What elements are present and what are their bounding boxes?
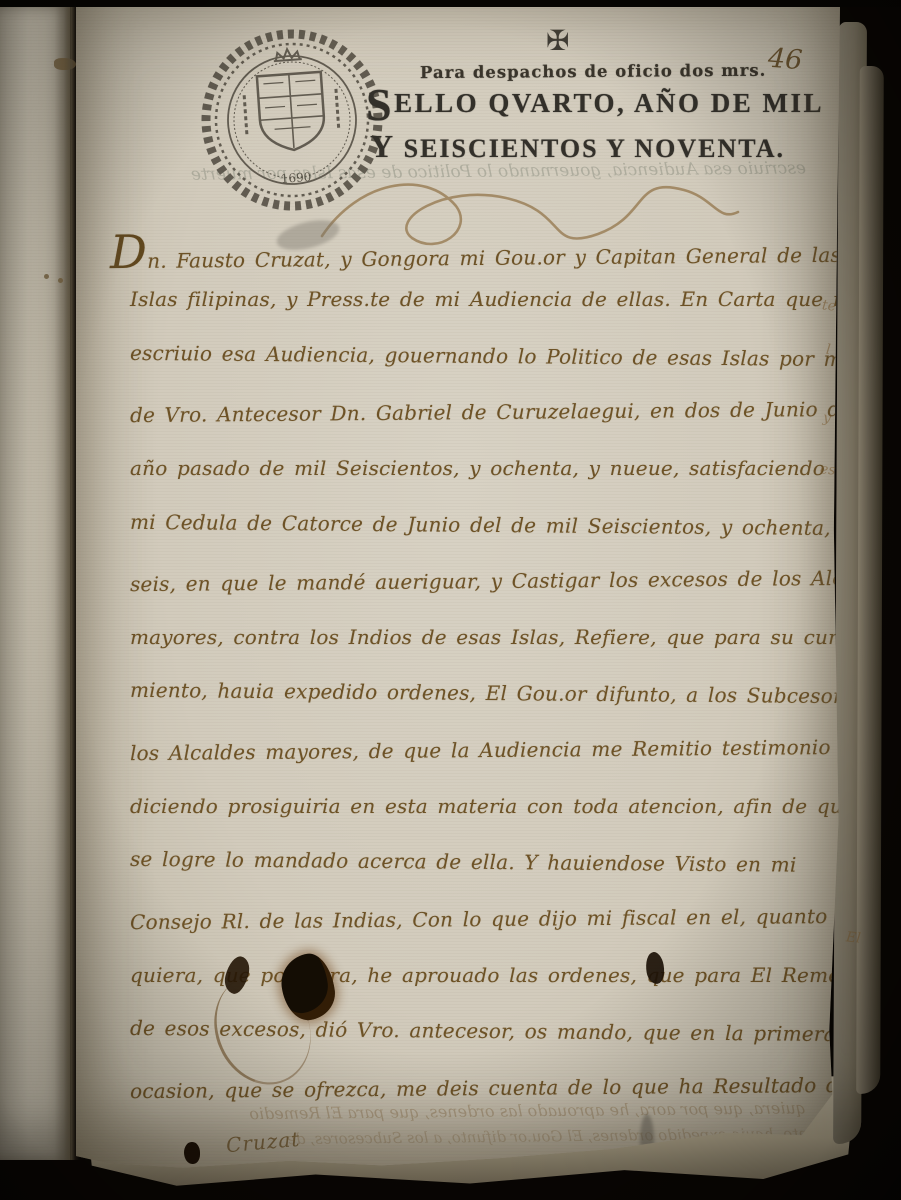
- binding-stitch: [44, 274, 49, 279]
- manuscript-line: los Alcaldes mayores, de que la Audienci…: [130, 735, 840, 765]
- photo-top-band: [0, 0, 901, 7]
- edge-text-fragment: El: [845, 929, 861, 946]
- binding-stitch: [58, 278, 63, 283]
- manuscript-line: mayores, contra los Indios de esas Islas…: [130, 625, 840, 649]
- edge-text-fragment: y: [822, 410, 832, 427]
- stamp-title-line1: SELLO QVARTO, AÑO DE MIL: [366, 88, 824, 119]
- stamp-tax-line: Para despachos de oficio dos mrs.: [420, 61, 750, 82]
- edge-text-fragment: es: [819, 461, 836, 479]
- manuscript-line: Dn. Fausto Cruzat, y Gongora mi Gou.or y…: [110, 228, 834, 273]
- cross-icon: ✠: [546, 24, 569, 57]
- manuscript-line: Consejo Rl. de las Indias, Con lo que di…: [130, 903, 840, 933]
- edge-text-fragment: te: [821, 297, 837, 314]
- stamp-initial-y: Y: [370, 128, 395, 164]
- manuscript-line: se logre lo mandado acerca de ella. Y ha…: [130, 847, 840, 877]
- manuscript-line: seis, en que le mandé aueriguar, y Casti…: [130, 566, 840, 596]
- manuscript-page: ✠ Para despachos de oficio dos mrs. 46 1…: [76, 6, 840, 1170]
- manuscript-line: de Vro. Antecesor Dn. Gabriel de Curuzel…: [130, 397, 840, 427]
- folio-number: 46: [767, 43, 803, 76]
- manuscript-line: año pasado de mil Seiscientos, y ochenta…: [130, 456, 840, 480]
- manuscript-photo: { "document": { "folio_number": "46", "c…: [0, 0, 901, 1200]
- ink-blot: [184, 1142, 200, 1164]
- manuscript-line: Islas filipinas, y Press.te de mi Audien…: [130, 287, 840, 311]
- manuscript-line: escriuio esa Audiencia, gouernando lo Po…: [130, 340, 840, 370]
- manuscript-line: diciendo prosiguiria en esta materia con…: [130, 794, 840, 818]
- facing-page: [0, 6, 70, 1160]
- stamp-initial-s: S: [366, 79, 394, 130]
- stamp-title-line1-text: ELLO QVARTO, AÑO DE MIL: [394, 88, 824, 118]
- manuscript-line: miento, hauia expedido ordenes, El Gou.o…: [130, 678, 840, 708]
- manuscript-line: mi Cedula de Catorce de Junio del de mil…: [130, 509, 840, 539]
- catchword: Cruzat: [225, 1127, 301, 1157]
